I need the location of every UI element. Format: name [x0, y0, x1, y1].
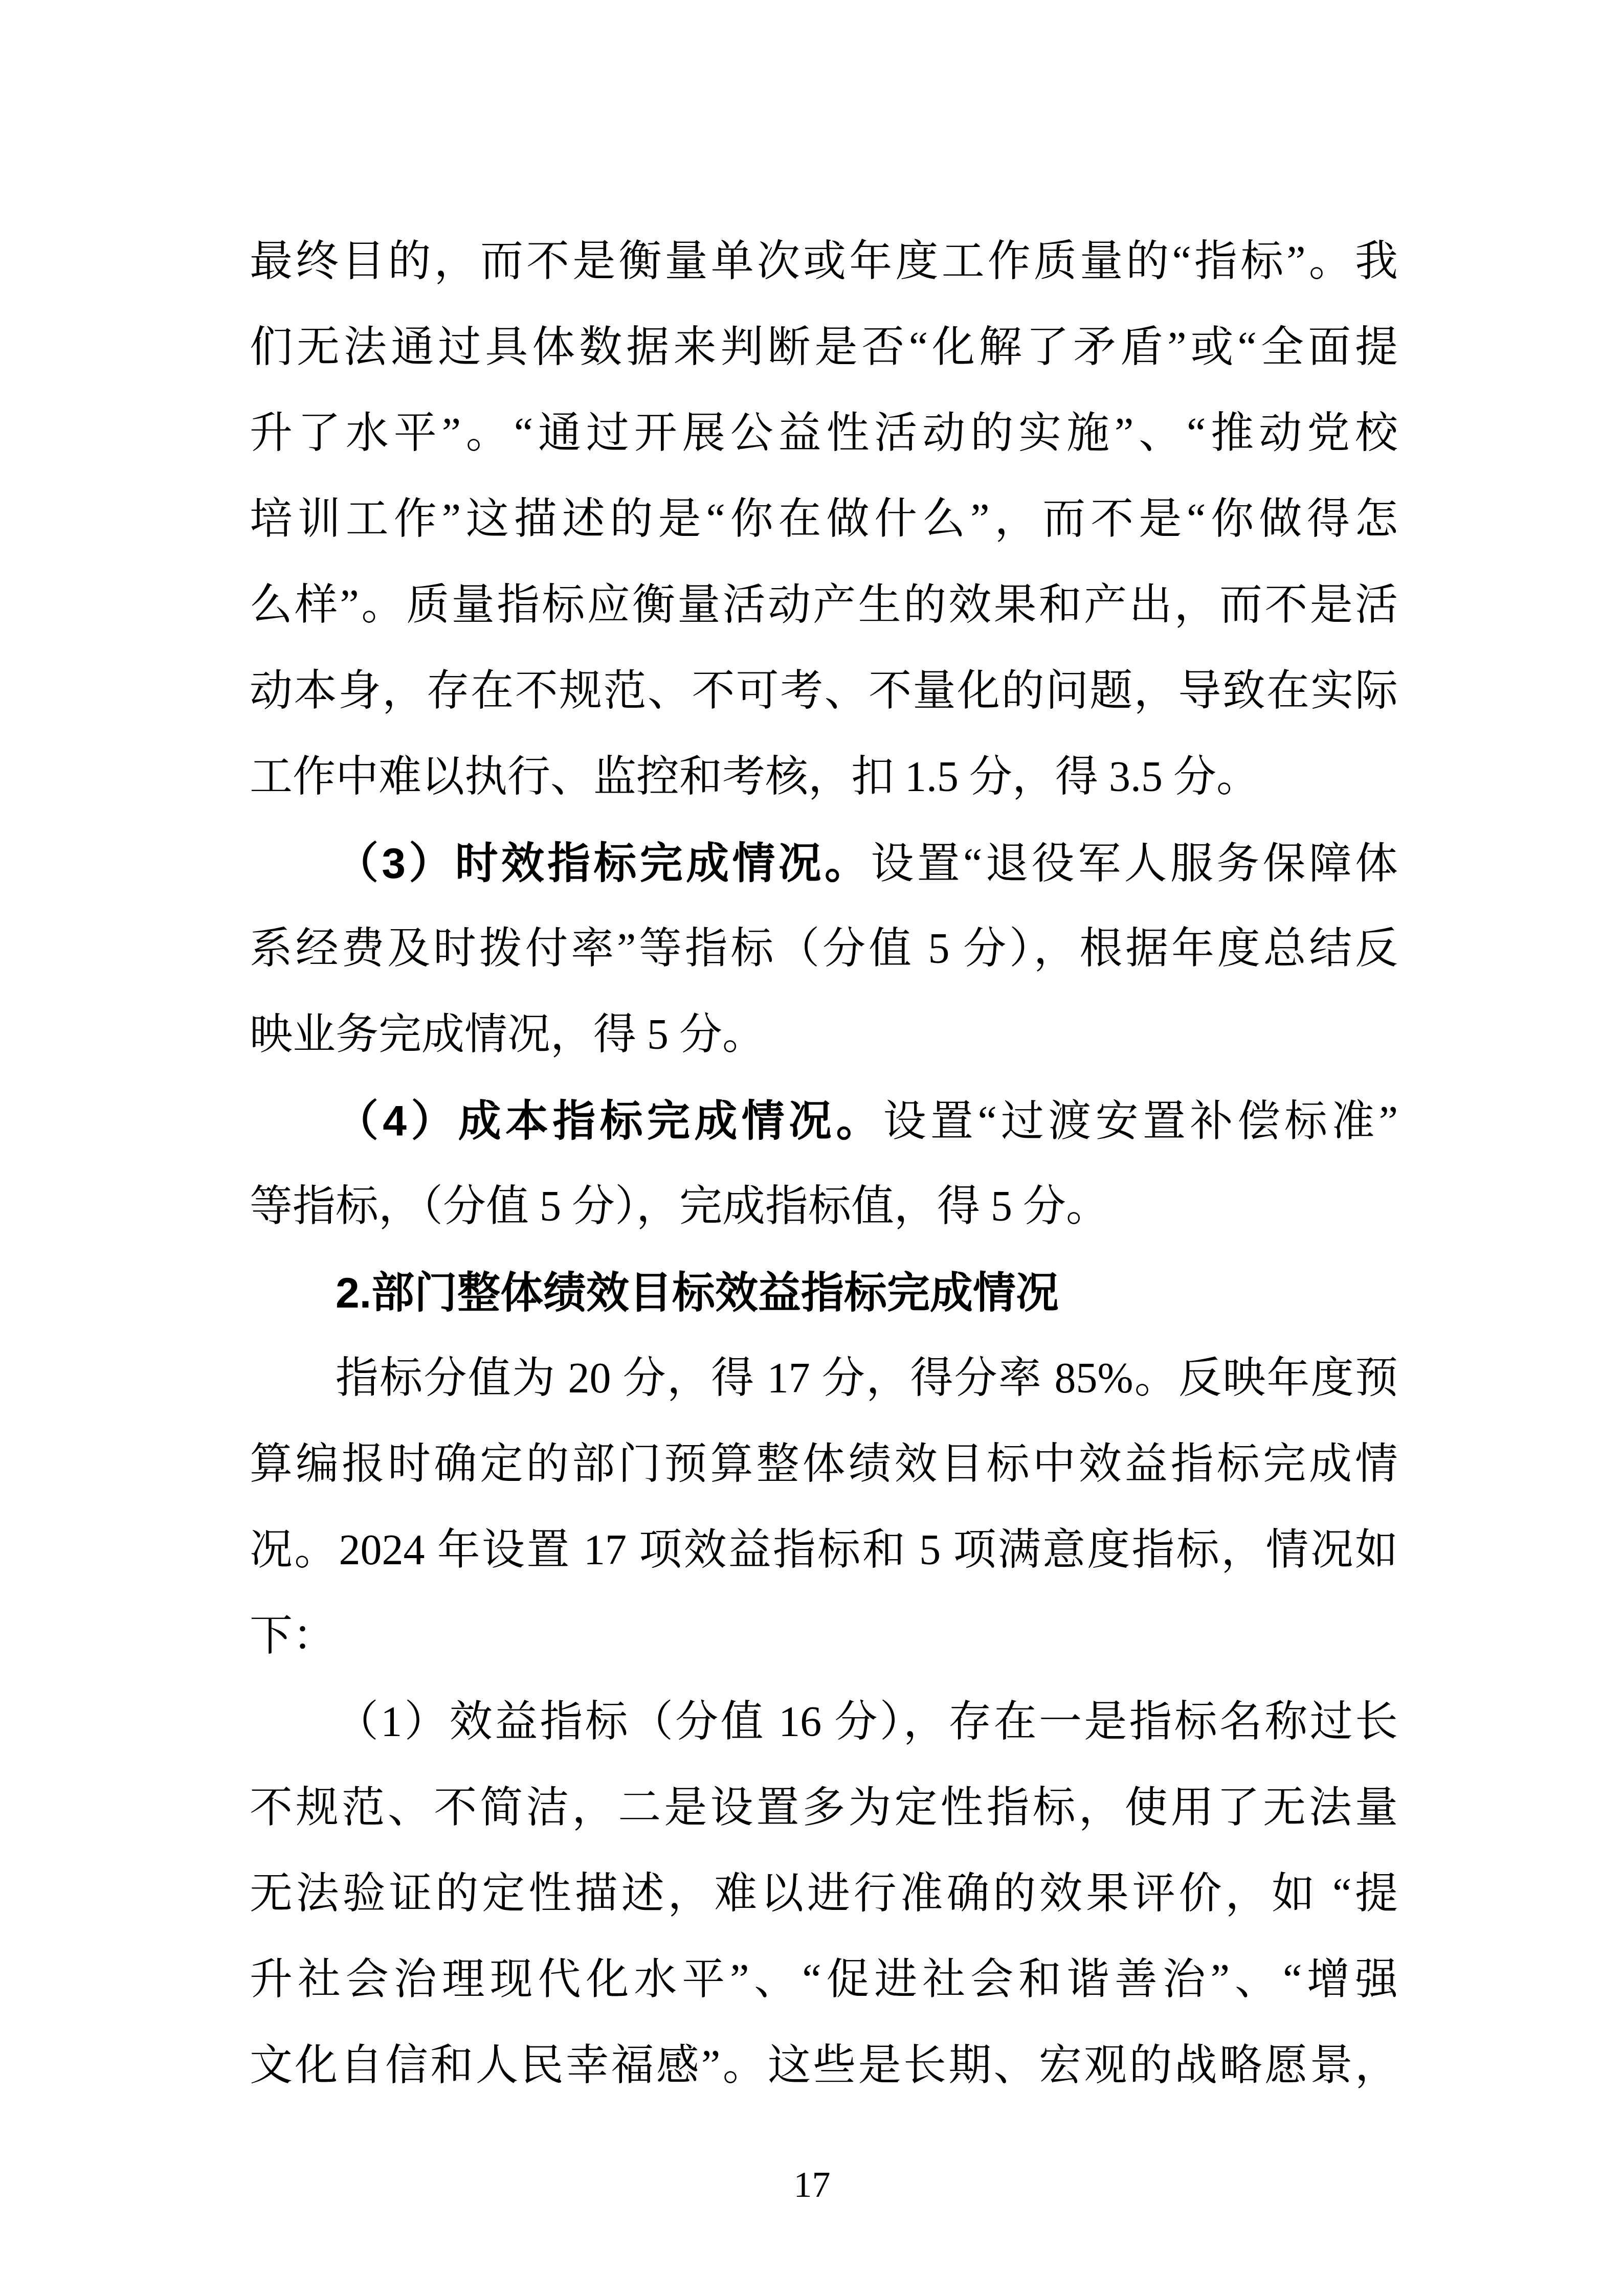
text-run: 工作中难以执行、监控和考核，扣 1.5 分，得 3.5 分。	[250, 753, 1259, 801]
text-line: 么样”。质量指标应衡量活动产生的效果和产出，而不是活	[250, 562, 1398, 648]
text-line: 升社会治理现代化水平”、“促进社会和谐善治”、“增强	[250, 1937, 1398, 2023]
text-line: 最终目的，而不是衡量单次或年度工作质量的“指标”。我	[250, 219, 1398, 305]
text-line: 况。2024 年设置 17 项效益指标和 5 项满意度指标，情况如	[250, 1507, 1398, 1593]
text-run: 升社会治理现代化水平”、“促进社会和谐善治”、“增强	[250, 1956, 1398, 2004]
page-number: 17	[0, 2159, 1624, 2245]
text-run: 最终目的，而不是衡量单次或年度工作质量的“指标”。我	[250, 238, 1398, 285]
text-line: 们无法通过具体数据来判断是否“化解了矛盾”或“全面提	[250, 305, 1398, 391]
bold-run: （3）时效指标完成情况。	[336, 839, 871, 887]
text-line: （1）效益指标（分值 16 分），存在一是指标名称过长	[250, 1679, 1398, 1765]
text-line: 无法验证的定性描述，难以进行准确的效果评价，如 “提	[250, 1851, 1398, 1937]
text-run: 下：	[250, 1612, 336, 1660]
text-run: 培训工作”这描述的是“你在做什么”，而不是“你做得怎	[250, 496, 1398, 543]
text-run: 系经费及时拨付率”等指标（分值 5 分），根据年度总结反	[250, 925, 1398, 973]
text-line: （3）时效指标完成情况。设置“退役军人服务保障体	[250, 820, 1398, 906]
text-run: 指标分值为 20 分，得 17 分，得分率 85%。反映年度预	[336, 1355, 1398, 1402]
text-line: 动本身，存在不规范、不可考、不量化的问题，导致在实际	[250, 648, 1398, 734]
bold-run: （4）成本指标完成情况。	[336, 1097, 883, 1145]
text-line: 系经费及时拨付率”等指标（分值 5 分），根据年度总结反	[250, 906, 1398, 992]
text-run: 们无法通过具体数据来判断是否“化解了矛盾”或“全面提	[250, 324, 1398, 371]
text-run: 算编报时确定的部门预算整体绩效目标中效益指标完成情	[250, 1440, 1398, 1488]
text-run: 况。2024 年设置 17 项效益指标和 5 项满意度指标，情况如	[250, 1526, 1398, 1574]
text-run: 不规范、不简洁，二是设置多为定性指标，使用了无法量化、	[250, 1784, 1398, 1851]
text-run: 设置“过渡安置补偿标准”	[883, 1098, 1398, 1145]
text-run: 动本身，存在不规范、不可考、不量化的问题，导致在实际	[250, 667, 1398, 715]
text-line: （4）成本指标完成情况。设置“过渡安置补偿标准”	[250, 1078, 1398, 1164]
body-text: 最终目的，而不是衡量单次或年度工作质量的“指标”。我们无法通过具体数据来判断是否…	[250, 219, 1398, 2109]
text-line: 下：	[250, 1593, 1398, 1679]
text-line: 指标分值为 20 分，得 17 分，得分率 85%。反映年度预	[250, 1336, 1398, 1422]
text-line: 映业务完成情况，得 5 分。	[250, 992, 1398, 1078]
text-run: 等指标，（分值 5 分），完成指标值，得 5 分。	[250, 1183, 1109, 1230]
text-line: 不规范、不简洁，二是设置多为定性指标，使用了无法量化、	[250, 1765, 1398, 1851]
text-line: 培训工作”这描述的是“你在做什么”，而不是“你做得怎	[250, 477, 1398, 562]
text-line: 算编报时确定的部门预算整体绩效目标中效益指标完成情	[250, 1422, 1398, 1507]
text-line: 2.部门整体绩效目标效益指标完成情况	[250, 1250, 1398, 1336]
text-run: 映业务完成情况，得 5 分。	[250, 1011, 765, 1059]
text-line: 升了水平”。“通过开展公益性活动的实施”、“推动党校	[250, 391, 1398, 477]
document-page: 最终目的，而不是衡量单次或年度工作质量的“指标”。我们无法通过具体数据来判断是否…	[0, 0, 1624, 2296]
text-run: 升了水平”。“通过开展公益性活动的实施”、“推动党校	[250, 410, 1398, 457]
bold-run: 2.部门整体绩效目标效益指标完成情况	[336, 1269, 1059, 1317]
text-run: 文化自信和人民幸福感”。这些是长期、宏观的战略愿景，	[250, 2042, 1398, 2089]
text-run: 设置“退役军人服务保障体	[871, 840, 1398, 888]
text-run: 无法验证的定性描述，难以进行准确的效果评价，如 “提	[250, 1870, 1398, 1918]
text-line: 文化自信和人民幸福感”。这些是长期、宏观的战略愿景，	[250, 2023, 1398, 2109]
text-run: （1）效益指标（分值 16 分），存在一是指标名称过长	[336, 1698, 1398, 1746]
text-line: 工作中难以执行、监控和考核，扣 1.5 分，得 3.5 分。	[250, 734, 1398, 820]
text-line: 等指标，（分值 5 分），完成指标值，得 5 分。	[250, 1164, 1398, 1250]
text-run: 么样”。质量指标应衡量活动产生的效果和产出，而不是活	[250, 581, 1398, 629]
